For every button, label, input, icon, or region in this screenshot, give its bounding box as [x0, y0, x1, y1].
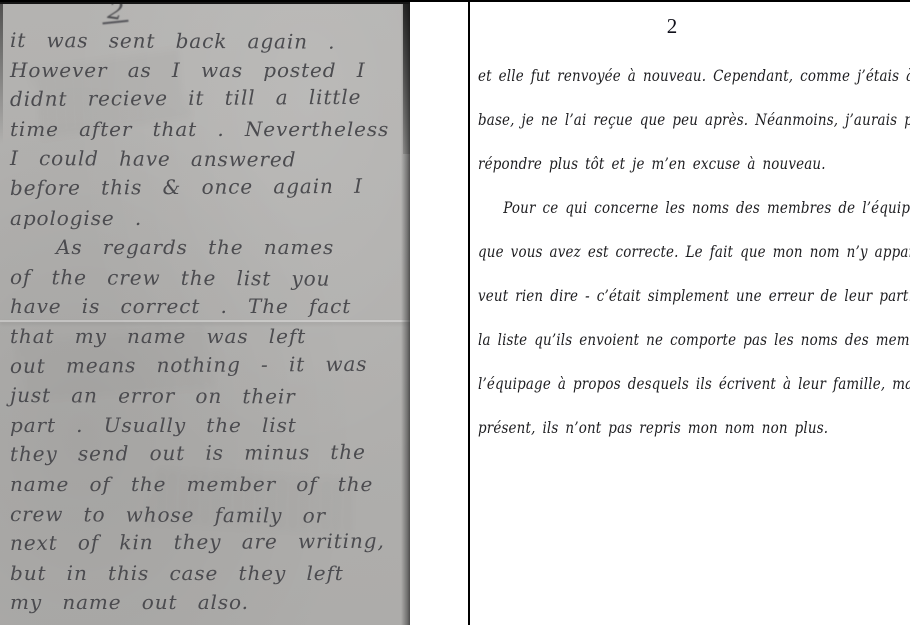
- scan-paper-edge-shadow: [403, 4, 410, 154]
- handwriting-line: name of the member of the: [10, 470, 406, 500]
- handwriting-line: but in this case they left: [10, 559, 406, 589]
- scanned-letter-image: 2 it was sent back again .However as I w…: [0, 2, 410, 625]
- handwriting-line: time after that . Nevertheless: [10, 115, 406, 145]
- handwriting-line: before this & once again I: [10, 172, 406, 204]
- handwriting-line: it was sent back again .: [10, 26, 406, 58]
- scan-paper-edge-left: [0, 4, 3, 144]
- transcript-line: l’équipage à propos desquels ils écriven…: [478, 362, 910, 406]
- handwriting-line: didnt recieve it till a little: [10, 83, 406, 115]
- handwriting-line: out means nothing - it was: [10, 349, 406, 381]
- handwriting-line: next of kin they are writing,: [10, 527, 406, 559]
- handwriting-line: part . Usually the list: [10, 411, 406, 441]
- transcript-line: la liste qu’ils envoient ne comporte pas…: [478, 318, 910, 362]
- handwriting-line: they send out is minus the: [10, 438, 406, 470]
- transcript-line: que vous avez est correcte. Le fait que …: [478, 230, 910, 274]
- handwriting-line: that my name was left: [10, 322, 406, 352]
- handwriting-line: of the crew the list you: [10, 263, 406, 295]
- transcription-panel: 2 et elle fut renvoyée à nouveau. Cepend…: [470, 2, 910, 625]
- handwriting-line: However as I was posted I: [10, 56, 406, 86]
- scanned-letter-panel: 2 it was sent back again .However as I w…: [0, 2, 468, 625]
- transcript-line: veut rien dire - c’était simplement une …: [478, 274, 910, 318]
- handwriting-line: have is correct . The fact: [10, 292, 406, 322]
- transcript-line: présent, ils n’ont pas repris mon nom no…: [478, 406, 910, 450]
- handwriting-line: my name out also.: [10, 588, 406, 618]
- transcript-line: base, je ne l’ai reçue que peu après. Né…: [478, 98, 910, 142]
- transcription-text-block: et elle fut renvoyée à nouveau. Cependan…: [478, 54, 910, 450]
- document-spread: 2 it was sent back again .However as I w…: [0, 0, 910, 625]
- transcript-line: Pour ce qui concerne les noms des membre…: [478, 186, 910, 230]
- transcript-line: et elle fut renvoyée à nouveau. Cependan…: [478, 54, 910, 98]
- handwriting-line: As regards the names: [10, 233, 406, 263]
- handwritten-text-block: it was sent back again .However as I was…: [10, 26, 406, 618]
- transcript-line: répondre plus tôt et je m’en excuse à no…: [478, 142, 910, 186]
- page-number: 2: [470, 14, 874, 39]
- handwritten-page-number: 2: [106, 2, 125, 26]
- handwriting-line: apologise .: [10, 204, 406, 234]
- handwriting-line: just an error on their: [10, 381, 406, 413]
